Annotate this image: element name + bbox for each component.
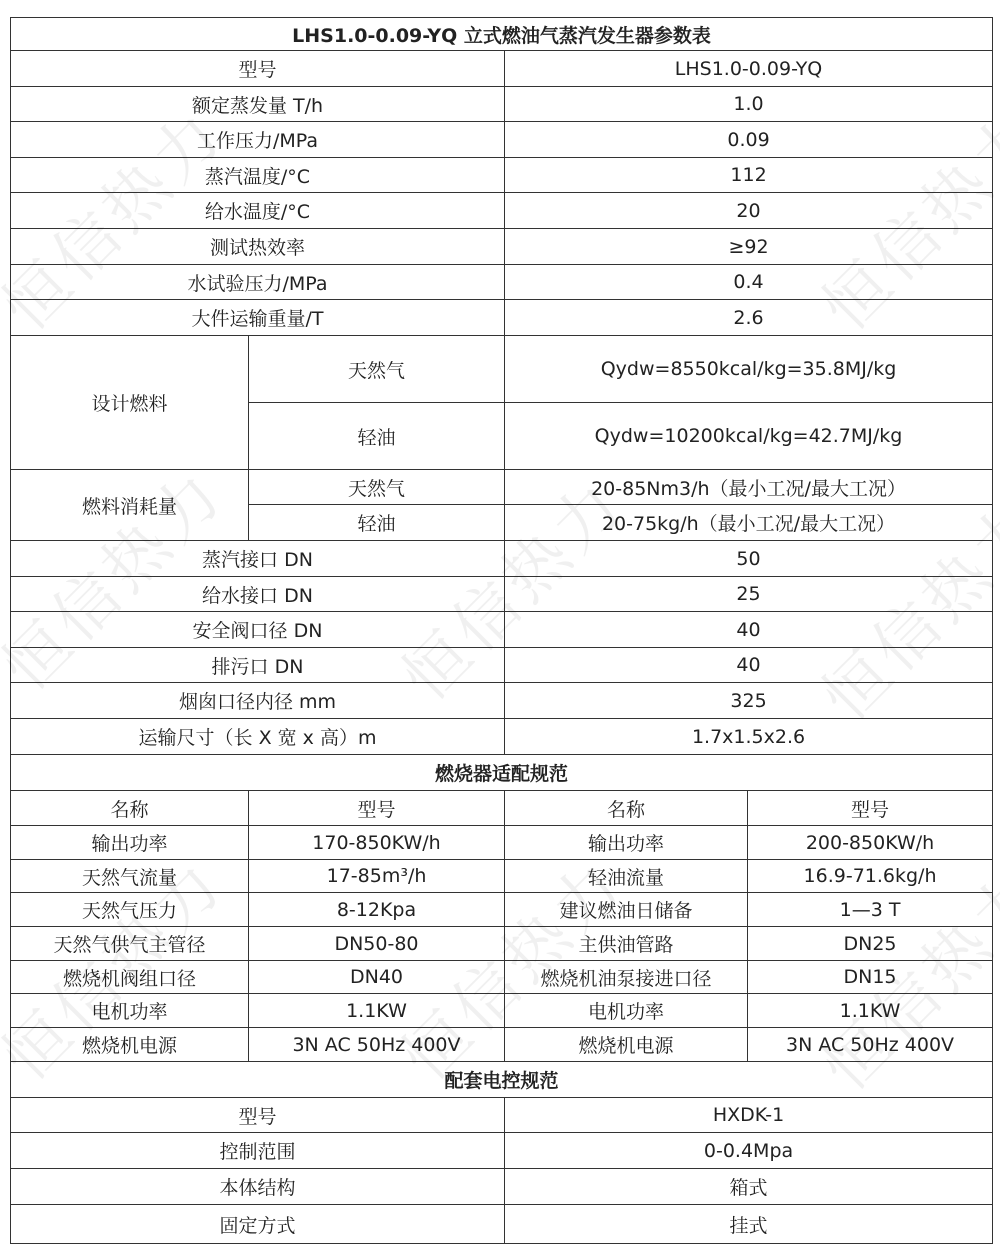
table-row: 燃烧机阀组口径 DN40 燃烧机油泵接进口径 DN15 <box>11 961 993 994</box>
design-fuel-label: 设计燃料 <box>11 336 249 470</box>
param-value: 40 <box>505 648 993 683</box>
fuel-type: 天然气 <box>249 336 505 403</box>
param-label: 工作压力/MPa <box>11 122 505 158</box>
param-label: 大件运输重量/T <box>11 300 505 336</box>
cell: 3N AC 50Hz 400V <box>249 1028 505 1062</box>
table-row: 天然气流量 17-85m³/h 轻油流量 16.9-71.6kg/h <box>11 860 993 893</box>
cell: 电机功率 <box>11 994 249 1028</box>
table-row: 固定方式 挂式 <box>11 1205 993 1244</box>
cell: 主供油管路 <box>505 927 748 961</box>
title-row: LHS1.0-0.09-YQ 立式燃油气蒸汽发生器参数表 <box>11 18 993 51</box>
cell: 170-850KW/h <box>249 826 505 860</box>
burner-title-row: 燃烧器适配规范 <box>11 755 993 791</box>
param-label: 蒸汽接口 DN <box>11 541 505 577</box>
param-value: 20 <box>505 193 993 229</box>
param-label: 额定蒸发量 T/h <box>11 87 505 122</box>
cell: DN25 <box>748 927 993 961</box>
cell: 17-85m³/h <box>249 860 505 893</box>
param-value: LHS1.0-0.09-YQ <box>505 51 993 87</box>
consumption-label: 燃料消耗量 <box>11 470 249 541</box>
param-label: 测试热效率 <box>11 229 505 265</box>
param-label: 固定方式 <box>11 1205 505 1244</box>
control-title-row: 配套电控规范 <box>11 1062 993 1098</box>
param-value: 50 <box>505 541 993 577</box>
param-value: 1.0 <box>505 87 993 122</box>
param-label: 型号 <box>11 1098 505 1133</box>
cell: 1.1KW <box>249 994 505 1028</box>
fuel-type: 轻油 <box>249 403 505 470</box>
param-value: 25 <box>505 577 993 612</box>
cell: 燃烧机阀组口径 <box>11 961 249 994</box>
param-value: 0.09 <box>505 122 993 158</box>
param-label: 排污口 DN <box>11 648 505 683</box>
param-label: 控制范围 <box>11 1133 505 1169</box>
table-row: 天然气供气主管径 DN50-80 主供油管路 DN25 <box>11 927 993 961</box>
fuel-type: 天然气 <box>249 470 505 505</box>
column-header: 名称 <box>505 791 748 826</box>
table-row: 蒸汽接口 DN 50 <box>11 541 993 577</box>
cell: 建议燃油日储备 <box>505 893 748 927</box>
cell: 1.1KW <box>748 994 993 1028</box>
fuel-value: Qydw=10200kcal/kg=42.7MJ/kg <box>505 403 993 470</box>
table-row: 给水接口 DN 25 <box>11 577 993 612</box>
consumption-row: 燃料消耗量 天然气 20-85Nm3/h（最小工况/最大工况） <box>11 470 993 505</box>
section-title-burner: 燃烧器适配规范 <box>11 755 993 791</box>
param-label: 安全阀口径 DN <box>11 612 505 648</box>
table-row: 大件运输重量/T 2.6 <box>11 300 993 336</box>
section-title-control: 配套电控规范 <box>11 1062 993 1098</box>
table-row: 额定蒸发量 T/h 1.0 <box>11 87 993 122</box>
param-label: 给水温度/°C <box>11 193 505 229</box>
design-fuel-row: 设计燃料 天然气 Qydw=8550kcal/kg=35.8MJ/kg <box>11 336 993 403</box>
column-header: 名称 <box>11 791 249 826</box>
param-value: 箱式 <box>505 1169 993 1205</box>
cell: 轻油流量 <box>505 860 748 893</box>
param-label: 型号 <box>11 51 505 87</box>
param-value: 0.4 <box>505 265 993 300</box>
table-row: 给水温度/°C 20 <box>11 193 993 229</box>
table-row: 工作压力/MPa 0.09 <box>11 122 993 158</box>
table-row: 输出功率 170-850KW/h 输出功率 200-850KW/h <box>11 826 993 860</box>
cell: 1—3 T <box>748 893 993 927</box>
fuel-value: 20-85Nm3/h（最小工况/最大工况） <box>505 470 993 505</box>
table-row: 电机功率 1.1KW 电机功率 1.1KW <box>11 994 993 1028</box>
cell: 天然气供气主管径 <box>11 927 249 961</box>
fuel-value: 20-75kg/h（最小工况/最大工况） <box>505 505 993 541</box>
param-value: 1.7x1.5x2.6 <box>505 719 993 755</box>
param-value: 0-0.4Mpa <box>505 1133 993 1169</box>
table-row: 运输尺寸（长 X 宽 x 高）m 1.7x1.5x2.6 <box>11 719 993 755</box>
param-value: 挂式 <box>505 1205 993 1244</box>
table-row: 蒸汽温度/°C 112 <box>11 158 993 193</box>
spec-table: LHS1.0-0.09-YQ 立式燃油气蒸汽发生器参数表 型号 LHS1.0-0… <box>10 17 993 1244</box>
fuel-value: Qydw=8550kcal/kg=35.8MJ/kg <box>505 336 993 403</box>
cell: 输出功率 <box>505 826 748 860</box>
param-value: 112 <box>505 158 993 193</box>
fuel-type: 轻油 <box>249 505 505 541</box>
table-row: 水试验压力/MPa 0.4 <box>11 265 993 300</box>
cell: 燃烧机油泵接进口径 <box>505 961 748 994</box>
param-value: 40 <box>505 612 993 648</box>
cell: DN50-80 <box>249 927 505 961</box>
table-row: 型号 LHS1.0-0.09-YQ <box>11 51 993 87</box>
param-value: HXDK-1 <box>505 1098 993 1133</box>
table-row: 天然气压力 8-12Kpa 建议燃油日储备 1—3 T <box>11 893 993 927</box>
param-value: 2.6 <box>505 300 993 336</box>
cell: 燃烧机电源 <box>505 1028 748 1062</box>
cell: 16.9-71.6kg/h <box>748 860 993 893</box>
cell: DN40 <box>249 961 505 994</box>
cell: 燃烧机电源 <box>11 1028 249 1062</box>
table-row: 燃烧机电源 3N AC 50Hz 400V 燃烧机电源 3N AC 50Hz 4… <box>11 1028 993 1062</box>
param-label: 本体结构 <box>11 1169 505 1205</box>
column-header: 型号 <box>249 791 505 826</box>
table-title: LHS1.0-0.09-YQ 立式燃油气蒸汽发生器参数表 <box>11 18 993 51</box>
cell: 天然气流量 <box>11 860 249 893</box>
param-label: 蒸汽温度/°C <box>11 158 505 193</box>
cell: 3N AC 50Hz 400V <box>748 1028 993 1062</box>
param-label: 水试验压力/MPa <box>11 265 505 300</box>
cell: 天然气压力 <box>11 893 249 927</box>
table-row: 排污口 DN 40 <box>11 648 993 683</box>
table-row: 测试热效率 ≥92 <box>11 229 993 265</box>
cell: 电机功率 <box>505 994 748 1028</box>
burner-header-row: 名称 型号 名称 型号 <box>11 791 993 826</box>
cell: 200-850KW/h <box>748 826 993 860</box>
column-header: 型号 <box>748 791 993 826</box>
param-label: 烟囱口径内径 mm <box>11 683 505 719</box>
table-row: 本体结构 箱式 <box>11 1169 993 1205</box>
table-row: 控制范围 0-0.4Mpa <box>11 1133 993 1169</box>
table-row: 烟囱口径内径 mm 325 <box>11 683 993 719</box>
param-value: ≥92 <box>505 229 993 265</box>
param-label: 运输尺寸（长 X 宽 x 高）m <box>11 719 505 755</box>
param-label: 给水接口 DN <box>11 577 505 612</box>
table-row: 安全阀口径 DN 40 <box>11 612 993 648</box>
param-value: 325 <box>505 683 993 719</box>
cell: 输出功率 <box>11 826 249 860</box>
cell: 8-12Kpa <box>249 893 505 927</box>
table-row: 型号 HXDK-1 <box>11 1098 993 1133</box>
cell: DN15 <box>748 961 993 994</box>
